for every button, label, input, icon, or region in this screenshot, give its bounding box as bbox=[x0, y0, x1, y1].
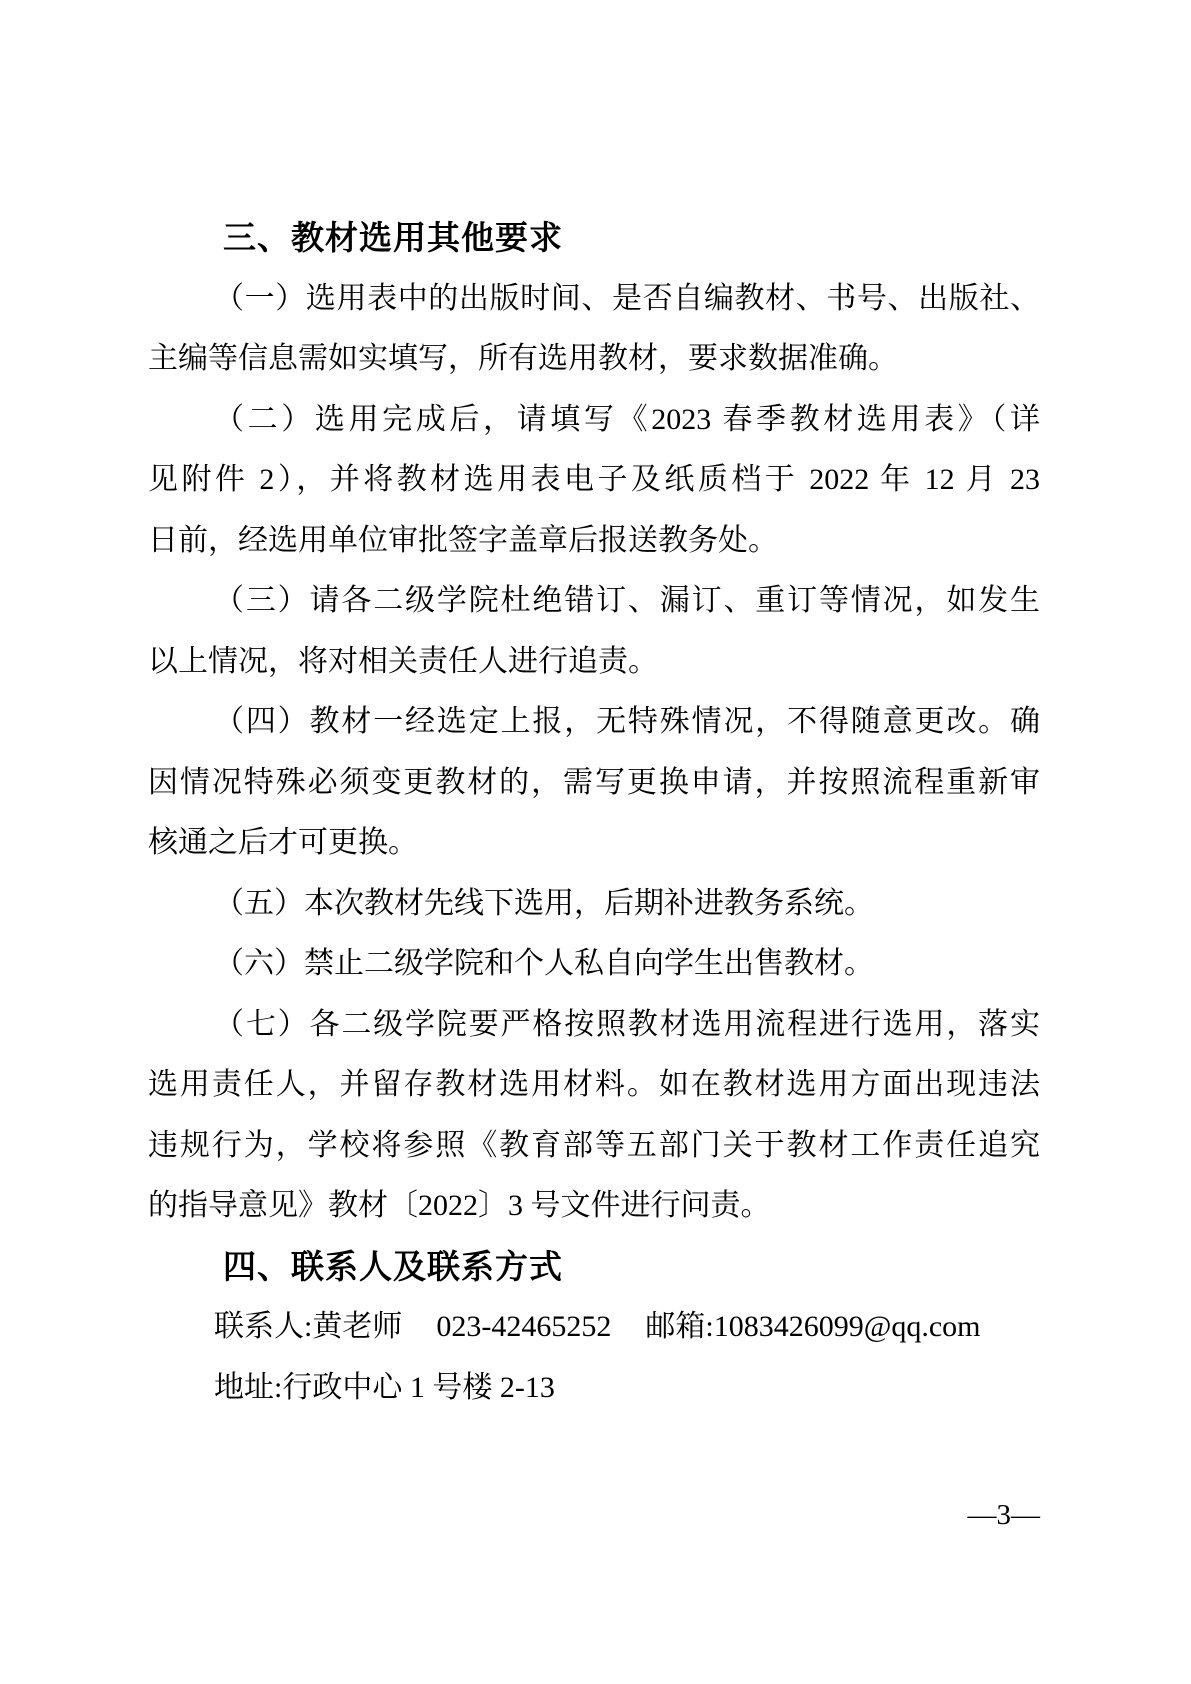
paragraph-3-line-1: （三）请各二级学院杜绝错订、漏订、重订等情况，如发生 bbox=[148, 571, 1040, 632]
contact-email-label: 邮箱: bbox=[645, 1310, 713, 1343]
document-body: 三、教材选用其他要求 （一）选用表中的出版时间、是否自编教材、书号、出版社、 主… bbox=[148, 208, 1040, 1418]
paragraph-2-line-1: （二）选用完成后，请填写《2023 春季教材选用表》（详 bbox=[148, 390, 1040, 451]
paragraph-7-line-4: 的指导意见》教材〔2022〕3 号文件进行问责。 bbox=[148, 1176, 1040, 1237]
paragraph-7: （七）各二级学院要严格按照教材选用流程进行选用，落实 选用责任人，并留存教材选用… bbox=[148, 995, 1040, 1237]
paragraph-7-line-2: 选用责任人，并留存教材选用材料。如在教材选用方面出现违法 bbox=[148, 1055, 1040, 1116]
contact-line: 联系人:黄老师023-42465252邮箱:1083426099@qq.com bbox=[148, 1297, 1040, 1358]
document-page: 三、教材选用其他要求 （一）选用表中的出版时间、是否自编教材、书号、出版社、 主… bbox=[0, 0, 1191, 1684]
paragraph-6-line-1: （六）禁止二级学院和个人私自向学生出售教材。 bbox=[148, 934, 1040, 995]
paragraph-2-line-2: 见附件 2），并将教材选用表电子及纸质档于 2022 年 12 月 23 bbox=[148, 450, 1040, 511]
page-number: —3— bbox=[968, 1496, 1041, 1534]
paragraph-2: （二）选用完成后，请填写《2023 春季教材选用表》（详 见附件 2），并将教材… bbox=[148, 390, 1040, 572]
paragraph-4-line-3: 核通之后才可更换。 bbox=[148, 813, 1040, 874]
paragraph-5-line-1: （五）本次教材先线下选用，后期补进教务系统。 bbox=[148, 874, 1040, 935]
section-4-heading: 四、联系人及联系方式 bbox=[148, 1237, 1040, 1298]
contact-email: 1083426099@qq.com bbox=[714, 1310, 981, 1343]
paragraph-1-line-2: 主编等信息需如实填写，所有选用教材，要求数据准确。 bbox=[148, 329, 1040, 390]
contact-phone: 023-42465252 bbox=[436, 1310, 611, 1343]
address-line: 地址:行政中心 1 号楼 2-13 bbox=[148, 1358, 1040, 1419]
contact-name: 黄老师 bbox=[312, 1310, 402, 1343]
paragraph-1: （一）选用表中的出版时间、是否自编教材、书号、出版社、 主编等信息需如实填写，所… bbox=[148, 269, 1040, 390]
paragraph-3-line-2: 以上情况，将对相关责任人进行追责。 bbox=[148, 632, 1040, 693]
paragraph-6: （六）禁止二级学院和个人私自向学生出售教材。 bbox=[148, 934, 1040, 995]
paragraph-7-line-1: （七）各二级学院要严格按照教材选用流程进行选用，落实 bbox=[148, 995, 1040, 1056]
paragraph-7-line-3: 违规行为，学校将参照《教育部等五部门关于教材工作责任追究 bbox=[148, 1116, 1040, 1177]
section-3-heading: 三、教材选用其他要求 bbox=[148, 208, 1040, 269]
paragraph-1-line-1: （一）选用表中的出版时间、是否自编教材、书号、出版社、 bbox=[148, 269, 1040, 330]
paragraph-5: （五）本次教材先线下选用，后期补进教务系统。 bbox=[148, 874, 1040, 935]
paragraph-4-line-2: 因情况特殊必须变更教材的，需写更换申请，并按照流程重新审 bbox=[148, 753, 1040, 814]
paragraph-4-line-1: （四）教材一经选定上报，无特殊情况，不得随意更改。确 bbox=[148, 692, 1040, 753]
paragraph-2-line-3: 日前，经选用单位审批签字盖章后报送教务处。 bbox=[148, 511, 1040, 572]
paragraph-3: （三）请各二级学院杜绝错订、漏订、重订等情况，如发生 以上情况，将对相关责任人进… bbox=[148, 571, 1040, 692]
contact-label: 联系人: bbox=[214, 1310, 312, 1343]
paragraph-4: （四）教材一经选定上报，无特殊情况，不得随意更改。确 因情况特殊必须变更教材的，… bbox=[148, 692, 1040, 874]
